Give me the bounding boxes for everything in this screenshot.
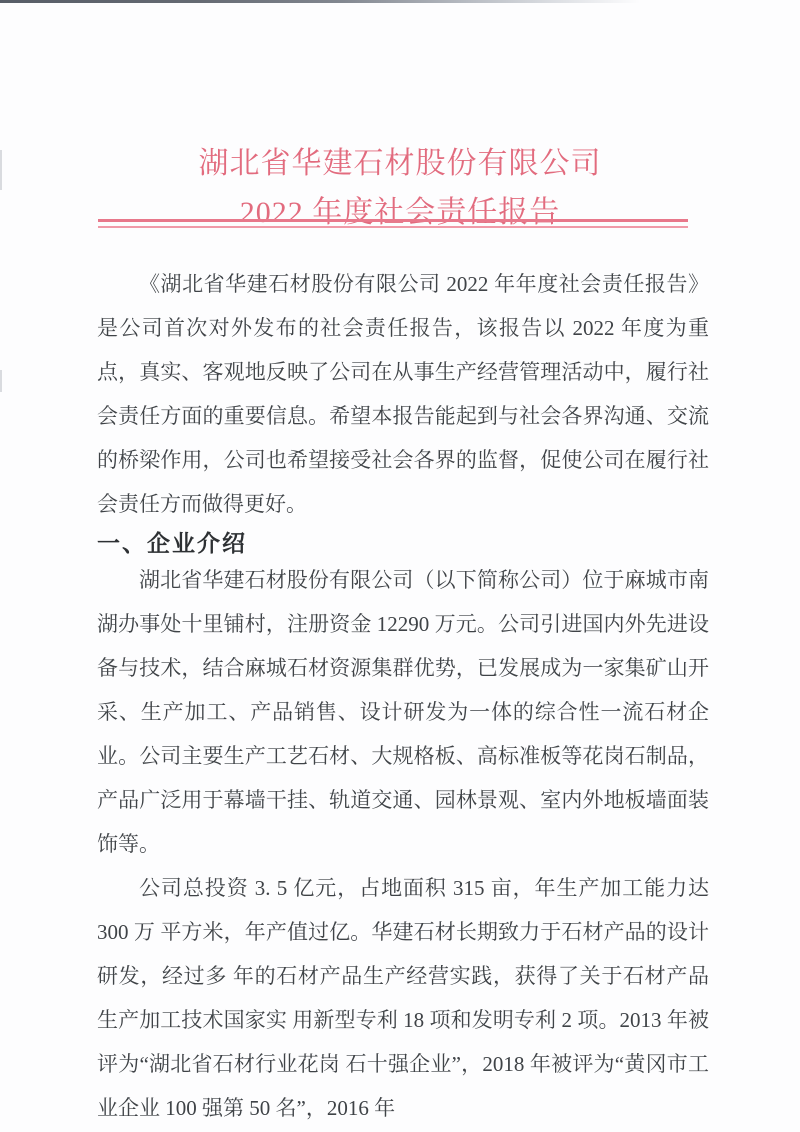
document-page: 湖北省华建石材股份有限公司 2022 年度社会责任报告 《湖北省华建石材股份有限… xyxy=(0,0,800,1132)
title-divider xyxy=(98,219,688,228)
body-paragraph-investment-honors: 公司总投资 3. 5 亿元，占地面积 315 亩，年生产加工能力达 300 万 … xyxy=(97,866,709,1130)
divider-rule-thin xyxy=(98,226,688,228)
intro-paragraph: 《湖北省华建石材股份有限公司 2022 年年度社会责任报告》是公司首次对外发布的… xyxy=(97,262,709,526)
document-title: 湖北省华建石材股份有限公司 xyxy=(0,138,800,182)
scan-edge-speck xyxy=(0,370,2,392)
document-body: 《湖北省华建石材股份有限公司 2022 年年度社会责任报告》是公司首次对外发布的… xyxy=(97,262,709,1130)
scan-edge-artifact xyxy=(0,0,660,3)
divider-rule-thick xyxy=(98,219,688,222)
body-paragraph-company-profile: 湖北省华建石材股份有限公司（以下简称公司）位于麻城市南湖办事处十里铺村，注册资金… xyxy=(97,558,709,866)
